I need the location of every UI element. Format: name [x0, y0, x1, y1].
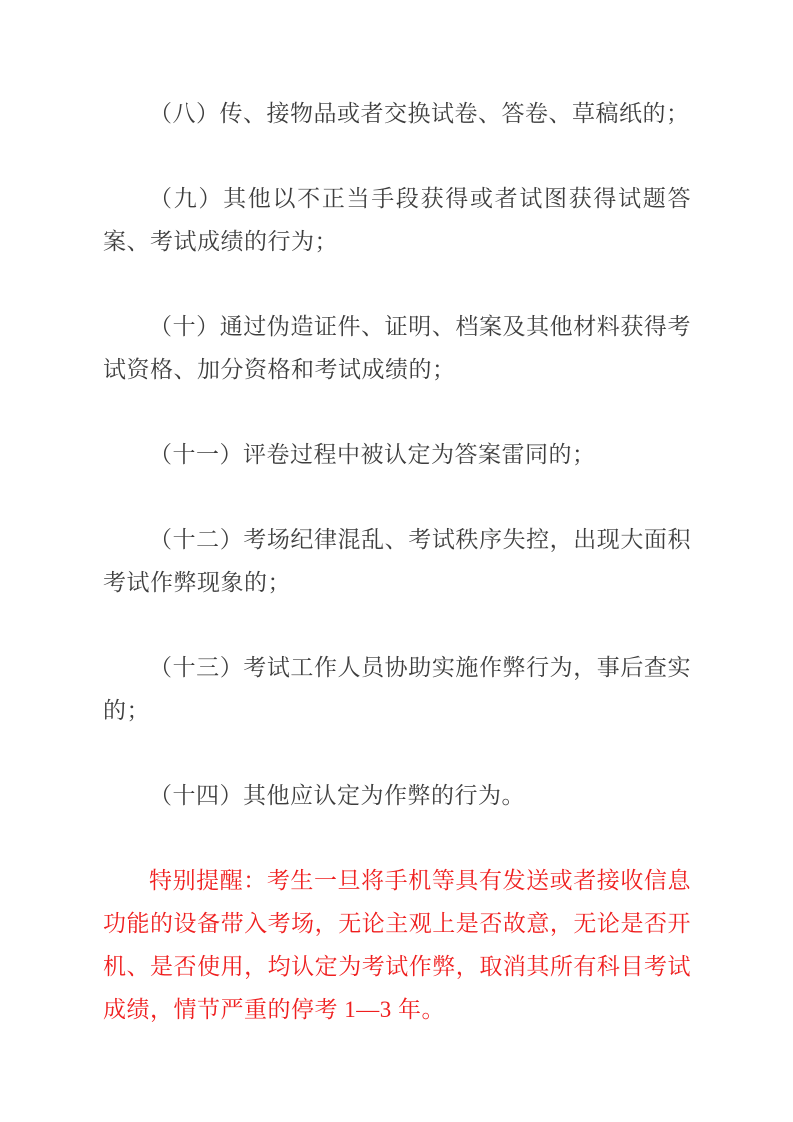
numbered-rule-paragraph: （十一）评卷过程中被认定为答案雷同的； [103, 433, 691, 476]
special-alert-paragraph: 特别提醒：考生一旦将手机等具有发送或者接收信息功能的设备带入考场，无论主观上是否… [103, 859, 691, 1031]
numbered-rule-paragraph: （十三）考试工作人员协助实施作弊行为，事后查实的； [103, 646, 691, 732]
document-body: （八）传、接物品或者交换试卷、答卷、草稿纸的；（九）其他以不正当手段获得或者试图… [103, 92, 691, 1073]
numbered-rule-paragraph: （十二）考场纪律混乱、考试秩序失控，出现大面积考试作弊现象的； [103, 518, 691, 604]
numbered-rule-paragraph: （八）传、接物品或者交换试卷、答卷、草稿纸的； [103, 92, 691, 135]
numbered-rule-paragraph: （十四）其他应认定为作弊的行为。 [103, 774, 691, 817]
numbered-rule-paragraph: （十）通过伪造证件、证明、档案及其他材料获得考试资格、加分资格和考试成绩的； [103, 305, 691, 391]
document-page: （八）传、接物品或者交换试卷、答卷、草稿纸的；（九）其他以不正当手段获得或者试图… [0, 0, 793, 1122]
numbered-rule-paragraph: （九）其他以不正当手段获得或者试图获得试题答案、考试成绩的行为； [103, 177, 691, 263]
